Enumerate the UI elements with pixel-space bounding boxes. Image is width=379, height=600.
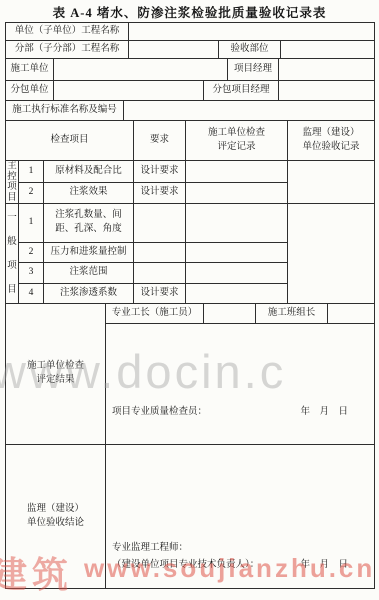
engineer-sign-line: 专业监理工程师： bbox=[112, 542, 348, 556]
contractor-section-label: 施工单位检查评定结果 bbox=[5, 303, 106, 445]
supervisor-signoff-cell: 专业监理工程师： （建设单位项目专业技术负责人）： 年 月 日 bbox=[105, 444, 375, 589]
main-row-requirement: 设计要求 bbox=[133, 182, 186, 204]
general-section-label: 一般项目 bbox=[5, 203, 19, 304]
contractor-signoff-cell: 项目专业质量检查员： 年 月 日 bbox=[105, 323, 375, 445]
main-row-requirement: 设计要求 bbox=[133, 160, 186, 183]
general-row-requirement: 设计要求 bbox=[133, 283, 186, 304]
main-row-item: 原材料及配合比 bbox=[43, 160, 134, 183]
crew-leader-label: 施工班组长 bbox=[255, 303, 328, 324]
inspector-sign-line: 项目专业质量检查员： 年 月 日 bbox=[112, 406, 348, 420]
subcontract-pm-value-cell bbox=[278, 80, 375, 101]
main-row-record-cell bbox=[185, 182, 288, 204]
general-row-number: 4 bbox=[18, 283, 44, 304]
craftsman-signature-cell bbox=[203, 303, 256, 324]
general-row-item: 注浆孔数量、间距、孔深、角度 bbox=[43, 203, 134, 243]
unit-project-value-cell bbox=[128, 22, 375, 41]
deputy-label: （建设单位项目专业技术负责人）： bbox=[112, 559, 259, 573]
crew-leader-signature-cell bbox=[327, 303, 375, 324]
form-title: 表 A-4 堵水、防渗注浆检验批质量验收记录表 bbox=[0, 3, 379, 21]
general-row-number: 2 bbox=[18, 242, 44, 263]
project-manager-value-cell bbox=[278, 58, 375, 81]
main-row-number: 1 bbox=[18, 160, 44, 183]
general-row-record-cell bbox=[185, 242, 288, 263]
inspector-label: 项目专业质量检查员： bbox=[112, 406, 207, 420]
subcontractor-label: 分包单位 bbox=[5, 80, 54, 101]
main-row-record-cell bbox=[185, 160, 288, 183]
general-row-requirement bbox=[133, 242, 186, 263]
general-row-number: 3 bbox=[18, 262, 44, 284]
general-row-requirement bbox=[133, 262, 186, 284]
main-control-section-label: 主控项目 bbox=[5, 160, 19, 204]
general-row-record-cell bbox=[185, 283, 288, 304]
subdivision-value-cell bbox=[128, 40, 219, 59]
deputy-sign-line: （建设单位项目专业技术负责人）： 年 月 日 bbox=[112, 559, 348, 573]
standard-label: 施工执行标准名称及编号 bbox=[5, 100, 124, 121]
main-supervisor-record-cell bbox=[287, 160, 375, 204]
subcontractor-value-cell bbox=[53, 80, 204, 101]
subdivision-label: 分部（子分部）工程名称 bbox=[5, 40, 129, 59]
header-contractor-record: 施工单位检查评定记录 bbox=[185, 120, 288, 161]
scanned-form-page: 表 A-4 堵水、防渗注浆检验批质量验收记录表 单位（子单位）工程名称 分部（子… bbox=[0, 0, 379, 600]
header-check-item: 检查项目 bbox=[5, 120, 134, 161]
general-supervisor-record-cell bbox=[287, 203, 375, 304]
general-row-record-cell bbox=[185, 203, 288, 243]
general-row-item: 压力和进浆量控制 bbox=[43, 242, 134, 263]
acceptance-part-value-cell bbox=[280, 40, 375, 59]
engineer-label: 专业监理工程师： bbox=[112, 542, 188, 556]
supervisor-section-label: 监理（建设）单位验收结论 bbox=[5, 444, 106, 589]
construction-unit-label: 施工单位 bbox=[5, 58, 54, 81]
header-requirement: 要求 bbox=[133, 120, 186, 161]
main-row-item: 注浆效果 bbox=[43, 182, 134, 204]
supervisor-date: 年 月 日 bbox=[300, 559, 348, 573]
construction-unit-value-cell bbox=[53, 58, 228, 81]
general-row-item: 注浆渗透系数 bbox=[43, 283, 134, 304]
general-row-number: 1 bbox=[18, 203, 44, 243]
acceptance-part-label: 验收部位 bbox=[218, 40, 281, 59]
general-row-requirement bbox=[133, 203, 186, 243]
general-row-item: 注浆范围 bbox=[43, 262, 134, 284]
standard-value-cell bbox=[123, 100, 375, 121]
unit-project-label: 单位（子单位）工程名称 bbox=[5, 22, 129, 41]
subcontract-pm-label: 分包项目经理 bbox=[203, 80, 279, 101]
header-supervisor-record: 监理（建设）单位验收记录 bbox=[287, 120, 375, 161]
project-manager-label: 项目经理 bbox=[227, 58, 279, 81]
general-row-record-cell bbox=[185, 262, 288, 284]
inspector-date: 年 月 日 bbox=[300, 406, 348, 420]
craftsman-label: 专业工长（施工员） bbox=[105, 303, 204, 324]
main-row-number: 2 bbox=[18, 182, 44, 204]
